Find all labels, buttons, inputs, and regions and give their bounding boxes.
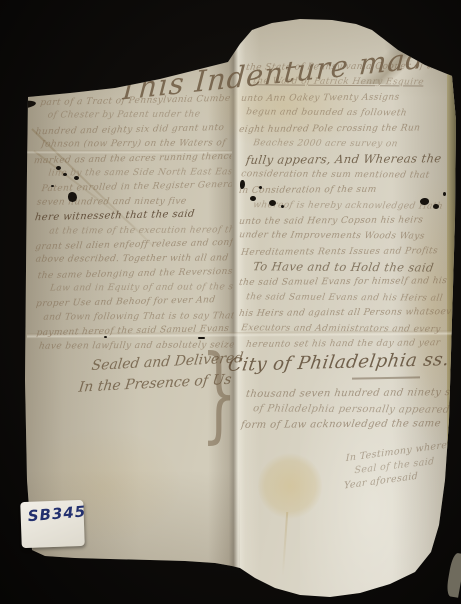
handwritten-line: the said Samuel Evans for himself and hi…: [238, 275, 456, 292]
handwritten-line: fully appears, And Whereas the: [245, 151, 456, 168]
ink-blot: [433, 204, 439, 209]
ink-blot: [198, 337, 205, 339]
handwritten-line: form of Law acknowledged the same: [240, 416, 456, 433]
photo-of-indenture-document: part of a Tract of Pennsylvania Cumberla…: [0, 0, 461, 604]
handwritten-line: begun and bounded as followeth: [245, 105, 456, 122]
ink-blot: [51, 185, 54, 187]
ink-blot: [259, 186, 262, 189]
handwritten-line: eight hundred Pole crossing the Run: [238, 121, 456, 138]
pen-flourish: [352, 376, 420, 379]
accession-label: SB345: [20, 500, 85, 548]
city-of-philadelphia-line: City of Philadelphia ss.: [226, 349, 449, 376]
ink-blot: [443, 192, 446, 196]
handwritten-line: of Philadelphia personally appeared: [252, 401, 456, 418]
acknowledgment-text: thousand seven hundred and ninety sixof …: [239, 386, 455, 433]
accession-number: SB345: [27, 502, 84, 525]
right-page-body-text: the State of Pennsylvania Cooper of thet…: [239, 60, 455, 352]
ink-blot: [63, 173, 67, 176]
pencil-arrow-icon: [406, 10, 436, 46]
witness-brace: }: [201, 343, 237, 453]
testimony-text: In Testimony whereofSeal of the saidYear…: [338, 438, 461, 493]
ink-blot: [104, 336, 107, 338]
handwritten-line: under the Improvements Woods Ways: [238, 229, 456, 246]
handwritten-line: consideration the sum mentioned that: [240, 167, 456, 184]
handwritten-line: Executors and Administrators and every: [240, 321, 456, 338]
handwritten-line: in Consideration of the sum: [238, 182, 456, 199]
handwritten-line: thousand seven hundred and ninety six: [245, 385, 456, 402]
ink-blot: [56, 166, 61, 170]
ink-blot: [269, 200, 276, 206]
pen-flourish: [146, 39, 190, 46]
seal-stain: [258, 453, 322, 519]
handwritten-line: his Heirs and against all Persons whatso…: [238, 305, 456, 322]
ink-blot: [74, 176, 79, 180]
adjacent-page-sliver: [445, 552, 461, 598]
seal-stain-stem: [282, 512, 288, 576]
ink-smear: [6, 99, 37, 111]
ink-blot: [281, 205, 284, 208]
title-suffix: the: [452, 50, 461, 69]
ink-blot: [250, 196, 256, 201]
ink-blot: [68, 192, 77, 202]
left-page-body-text: part of a Tract of Pennsylvania Cumberla…: [33, 93, 234, 355]
ink-blot: [420, 198, 429, 205]
